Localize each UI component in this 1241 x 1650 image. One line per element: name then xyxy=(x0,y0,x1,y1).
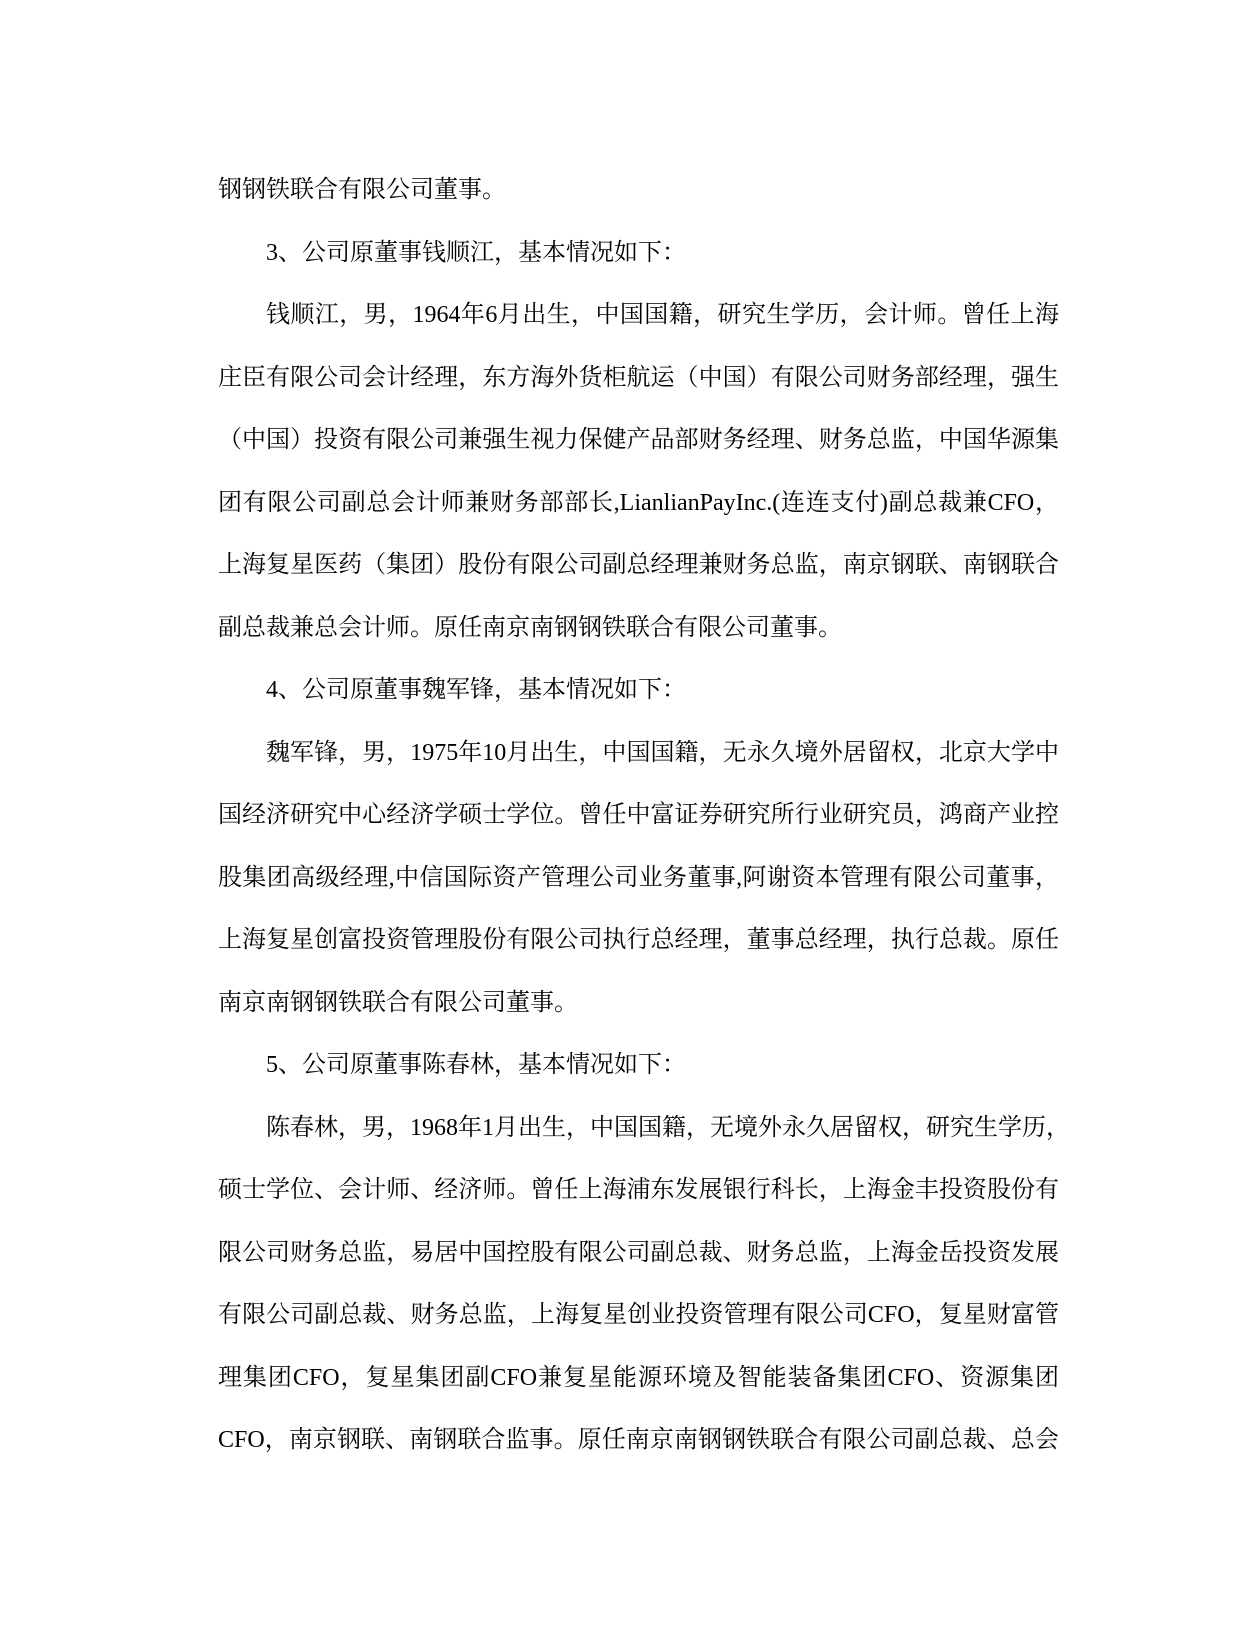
text-line: 钢钢铁联合有限公司董事。 xyxy=(218,159,1059,222)
text-line: 国经济研究中心经济学硕士学位。曾任中富证券研究所行业研究员，鸿商产业控 xyxy=(218,784,1059,847)
document-content: 钢钢铁联合有限公司董事。 3、公司原董事钱顺江，基本情况如下： 钱顺江，男，19… xyxy=(218,159,1059,1472)
text-line: 上海复星医药（集团）股份有限公司副总经理兼财务总监，南京钢联、南钢联合 xyxy=(218,534,1059,597)
text-line: 硕士学位、会计师、经济师。曾任上海浦东发展银行科长，上海金丰投资股份有 xyxy=(218,1159,1059,1222)
text-line: 团有限公司副总会计师兼财务部部长,LianlianPayInc.(连连支付)副总… xyxy=(218,472,1059,535)
section-heading: 3、公司原董事钱顺江，基本情况如下： xyxy=(218,222,1059,285)
document-page: 钢钢铁联合有限公司董事。 3、公司原董事钱顺江，基本情况如下： 钱顺江，男，19… xyxy=(0,0,1241,1650)
section-heading: 5、公司原董事陈春林，基本情况如下： xyxy=(218,1034,1059,1097)
text-line: 钱顺江，男，1964年6月出生，中国国籍，研究生学历，会计师。曾任上海 xyxy=(218,284,1059,347)
text-line: 理集团CFO，复星集团副CFO兼复星能源环境及智能装备集团CFO、资源集团 xyxy=(218,1347,1059,1410)
text-line: （中国）投资有限公司兼强生视力保健产品部财务经理、财务总监，中国华源集 xyxy=(218,409,1059,472)
text-line: 魏军锋，男，1975年10月出生，中国国籍，无永久境外居留权，北京大学中 xyxy=(218,722,1059,785)
text-line: 限公司财务总监，易居中国控股有限公司副总裁、财务总监，上海金岳投资发展 xyxy=(218,1222,1059,1285)
section-heading: 4、公司原董事魏军锋，基本情况如下： xyxy=(218,659,1059,722)
text-line: 陈春林，男，1968年1月出生，中国国籍，无境外永久居留权，研究生学历， xyxy=(218,1097,1059,1160)
text-line: 有限公司副总裁、财务总监，上海复星创业投资管理有限公司CFO，复星财富管 xyxy=(218,1284,1059,1347)
text-line: 副总裁兼总会计师。原任南京南钢钢铁联合有限公司董事。 xyxy=(218,597,1059,660)
text-line: 股集团高级经理,中信国际资产管理公司业务董事,阿谢资本管理有限公司董事， xyxy=(218,847,1059,910)
text-line: 南京南钢钢铁联合有限公司董事。 xyxy=(218,972,1059,1035)
text-line: 上海复星创富投资管理股份有限公司执行总经理，董事总经理，执行总裁。原任 xyxy=(218,909,1059,972)
text-line: 庄臣有限公司会计经理，东方海外货柜航运（中国）有限公司财务部经理，强生 xyxy=(218,347,1059,410)
text-line: CFO，南京钢联、南钢联合监事。原任南京南钢钢铁联合有限公司副总裁、总会 xyxy=(218,1409,1059,1472)
